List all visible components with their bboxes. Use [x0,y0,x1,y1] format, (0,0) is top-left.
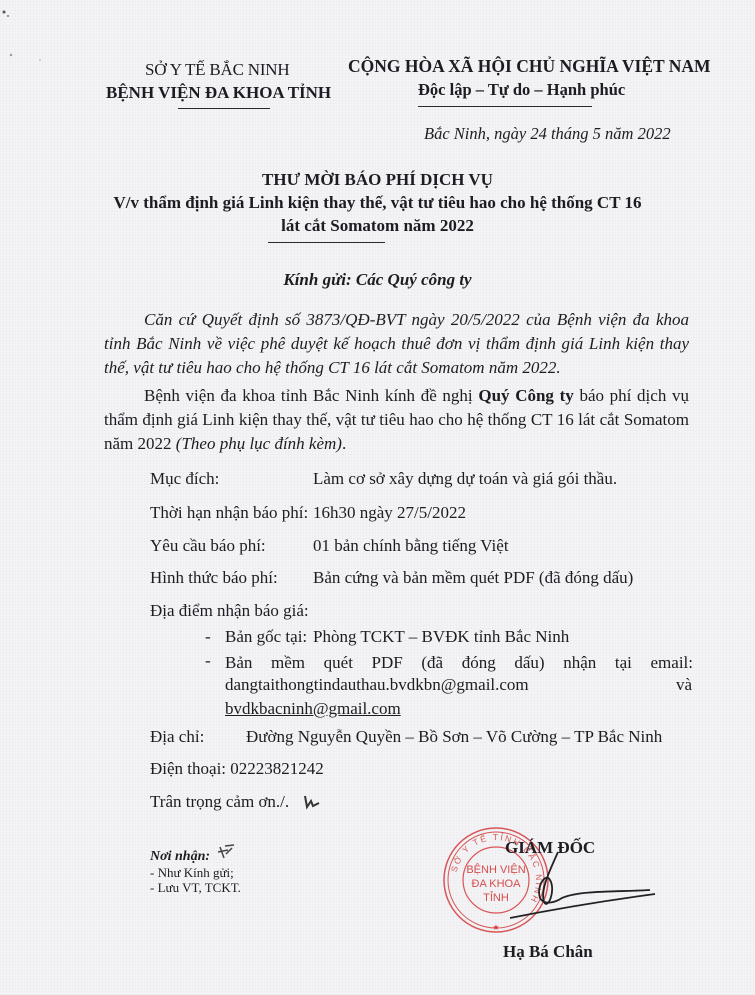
appendix-note: (Theo phụ lục đính kèm) [176,434,342,453]
place-date: Bắc Ninh, ngày 24 tháng 5 năm 2022 [424,124,671,144]
paragraph-legal-basis: Căn cứ Quyết định số 3873/QĐ-BVT ngày 20… [104,308,689,380]
title-underline [268,242,385,243]
document-page: SỞ Y TẾ BẮC NINH BỆNH VIỆN ĐA KHOA TỈNH … [0,0,755,995]
recipients-title: Nơi nhận: [150,849,210,865]
department-name: SỞ Y TẾ BẮC NINH [145,60,289,80]
recipient-item: - Như Kính gửi; [150,865,234,881]
initials-mark-icon [216,844,236,862]
location-label: Địa điểm nhận báo giá: [150,601,309,621]
digital-copy-text: Bản mềm quét PDF (đã đóng dấu) nhận tại … [225,651,693,675]
initials-mark-icon [302,794,322,810]
detail-value-deadline: 16h30 ngày 27/5/2022 [313,503,466,523]
recipient-item: - Lưu VT, TCKT. [150,880,241,896]
original-copy-label: Bản gốc tại: [225,627,307,647]
bullet-dash: - [205,627,211,647]
conjunction-and: và [676,675,692,695]
email-link-primary[interactable]: dangtaithongtindauthau.bvdkbn@gmail.com [225,675,529,695]
address-value: Đường Nguyễn Quyền – Bồ Sơn – Võ Cường –… [246,727,662,747]
period: . [342,434,346,453]
handwritten-signature [500,850,660,920]
address-label: Địa chỉ: [150,727,204,747]
greeting: Kính gửi: Các Quý công ty [0,270,755,290]
request-text: Bệnh viện đa khoa tỉnh Bắc Ninh kính đề … [144,386,478,405]
paragraph-request: Bệnh viện đa khoa tỉnh Bắc Ninh kính đề … [104,384,689,456]
detail-value-requirement: 01 bản chính bằng tiếng Việt [313,536,509,556]
detail-label-format: Hình thức báo phí: [150,568,278,588]
svg-text:★: ★ [492,923,499,932]
national-motto: Độc lập – Tự do – Hạnh phúc [418,80,625,100]
detail-label-requirement: Yêu cầu báo phí: [150,536,266,556]
organization-underline [178,108,270,109]
phone-number: Điện thoại: 02223821242 [150,759,324,779]
email-link-secondary[interactable]: bvdkbacninh@gmail.com [225,699,401,719]
closing-text: Trân trọng cảm ơn./. [150,792,289,812]
organization-name: BỆNH VIỆN ĐA KHOA TỈNH [106,83,331,103]
detail-label-purpose: Mục đích: [150,469,219,489]
detail-label-deadline: Thời hạn nhận báo phí: [150,503,308,523]
national-title: CỘNG HÒA XÃ HỘI CHỦ NGHĨA VIỆT NAM [348,56,711,77]
original-copy-location: Phòng TCKT – BVĐK tỉnh Bắc Ninh [313,627,569,647]
detail-value-purpose: Làm cơ sở xây dựng dự toán và giá gói th… [313,469,617,489]
request-addressee: Quý Công ty [478,386,573,405]
subject-line-1: V/v thẩm định giá Linh kiện thay thế, vậ… [0,193,755,213]
detail-value-format: Bản cứng và bản mềm quét PDF (đã đóng dấ… [313,568,633,588]
motto-underline [418,106,592,107]
scan-artifact [0,0,60,70]
signatory-name: Hạ Bá Chân [503,942,593,962]
subject-line-2: lát cắt Somatom năm 2022 [0,216,755,236]
bullet-dash: - [205,651,211,671]
document-title: THƯ MỜI BÁO PHÍ DỊCH VỤ [0,170,755,190]
